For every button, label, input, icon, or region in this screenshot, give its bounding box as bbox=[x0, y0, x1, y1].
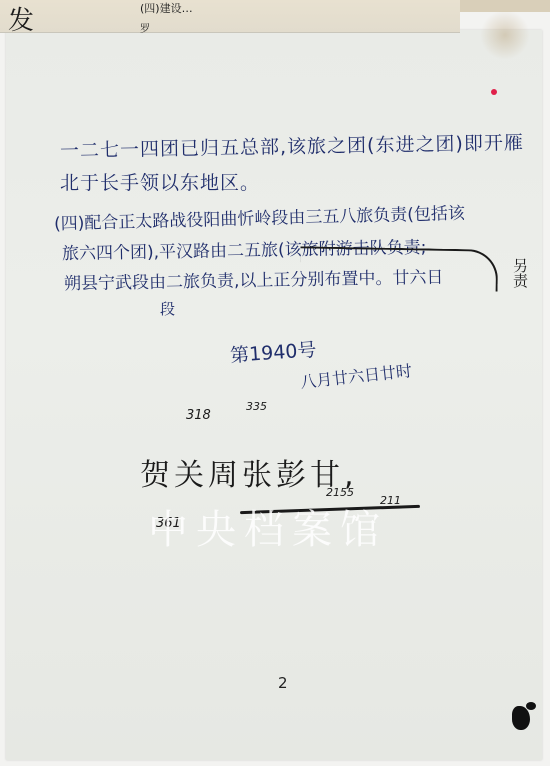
ink-blot-small bbox=[526, 702, 536, 710]
body-line-2: 北于长手领以东地区。 bbox=[60, 168, 260, 195]
paper-stain bbox=[480, 10, 530, 60]
margin-note: 另责 bbox=[510, 258, 531, 288]
code-318: 318 bbox=[186, 408, 211, 423]
correction-bracket bbox=[300, 246, 499, 291]
header-mark: 罗 bbox=[140, 20, 150, 35]
page-number: 2 bbox=[278, 674, 288, 692]
code-335: 335 bbox=[246, 400, 267, 413]
red-ink-dot bbox=[491, 89, 497, 95]
header-fragment-handwriting: 发 bbox=[8, 0, 34, 37]
inserted-correction: 段 bbox=[160, 298, 175, 319]
overlapping-previous-page-strip bbox=[0, 0, 460, 33]
archive-watermark: 中央档案馆 bbox=[148, 498, 388, 555]
header-stamp-fragment: (四)建设… bbox=[140, 0, 193, 16]
ink-blot bbox=[512, 706, 530, 730]
signatories: 贺关周张彭甘, bbox=[140, 450, 358, 494]
